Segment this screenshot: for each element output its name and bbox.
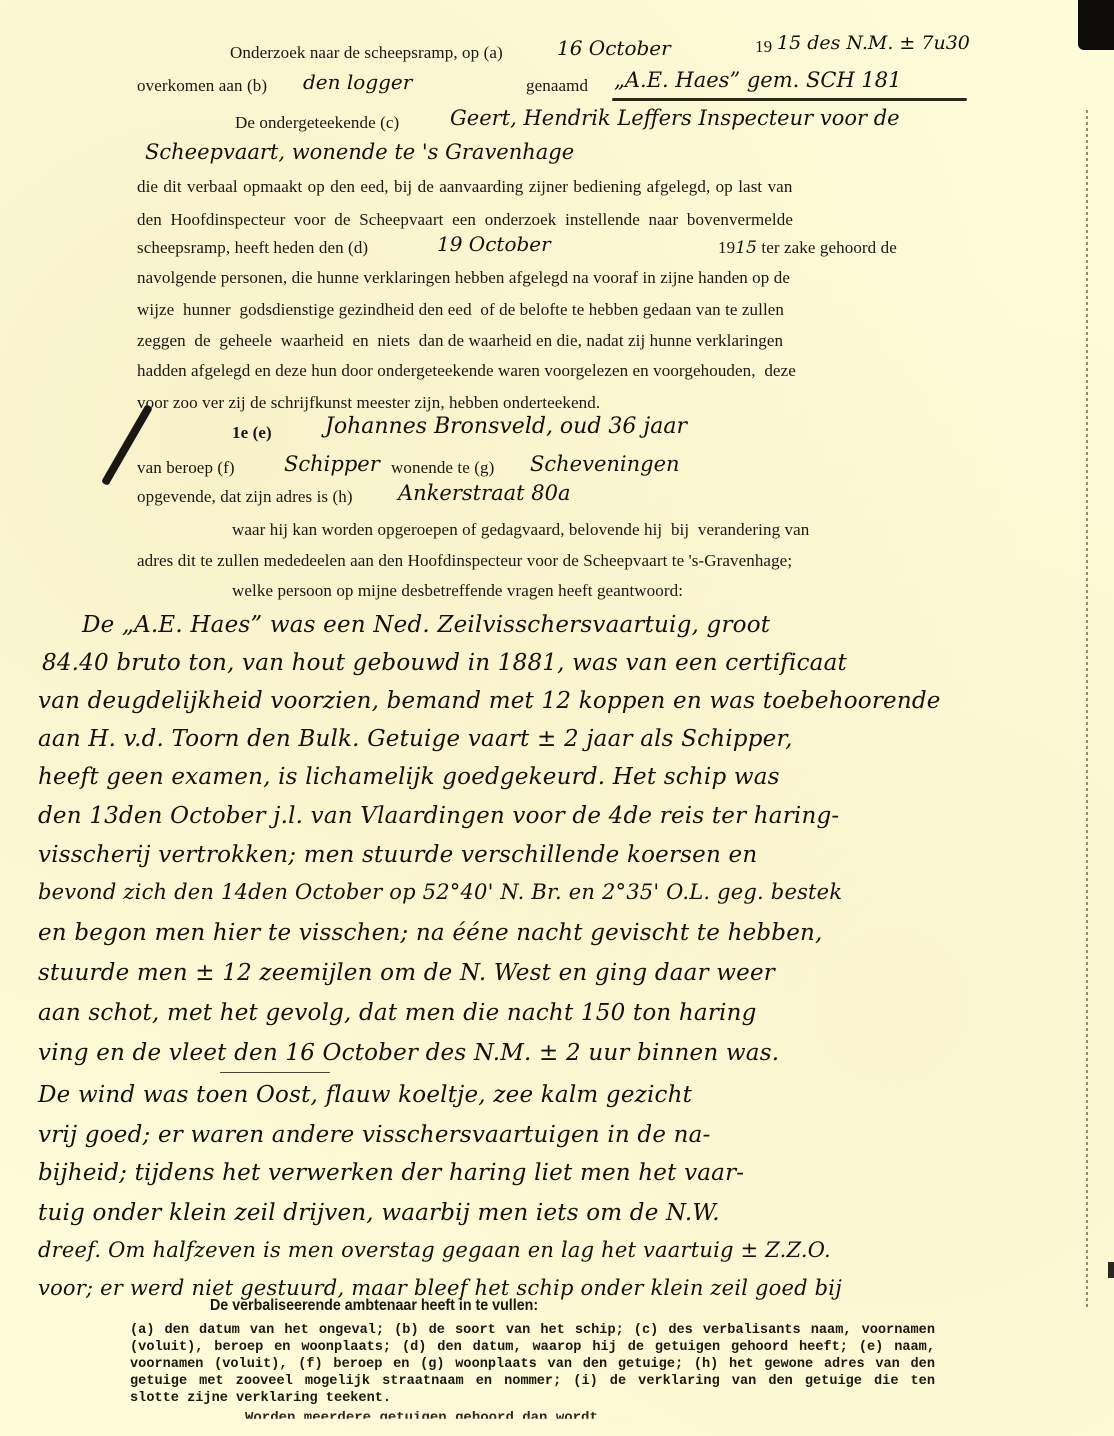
address-paragraph-line: welke persoon op mijne desbetreffende vr… <box>232 581 683 601</box>
oath-paragraph-line: zeggen de geheele waarheid en niets dan … <box>137 331 783 351</box>
ink-blot-corner <box>1078 0 1114 50</box>
statement-line: dreef. Om halfzeven is men overstag gega… <box>38 1238 831 1262</box>
inspector-name-line1: Geert, Hendrik Leffers Inspecteur voor d… <box>450 106 900 130</box>
statement-line: den 13den October j.l. van Vlaardingen v… <box>38 803 839 829</box>
incident-year-prefix: 19 <box>755 37 772 57</box>
date-underline <box>220 1072 330 1073</box>
statement-line: bevond zich den 14den October op 52°40' … <box>38 880 842 904</box>
witness-occupation: Schipper <box>284 452 380 476</box>
oath-paragraph-line: den Hoofdinspecteur voor de Scheepvaart … <box>137 210 793 230</box>
residence-label: wonende te (g) <box>391 458 494 478</box>
statement-line: tuig onder klein zeil drijven, waarbij m… <box>38 1200 720 1226</box>
statement-line: visscherij vertrokken; men stuurde versc… <box>38 842 757 868</box>
statement-line: 84.40 bruto ton, van hout gebouwd in 188… <box>42 650 847 676</box>
hearing-date: 19 October <box>437 232 551 256</box>
form-line-incident: Onderzoek naar de scheepsramp, op (a) <box>230 43 503 63</box>
statement-line: bijheid; tijdens het verwerken der harin… <box>38 1160 744 1186</box>
incident-date: 16 October <box>557 36 671 60</box>
statement-line: van deugdelijkheid voorzien, bemand met … <box>38 688 941 714</box>
undersigned-label: De ondergeteekende (c) <box>235 113 399 133</box>
witness-name: Johannes Bronsveld, oud 36 jaar <box>325 414 687 439</box>
footnote-tail: Worden meerdere getuigen gehoord dan wor… <box>245 1410 631 1426</box>
oath-paragraph-line: voor zoo ver zij de schrijfkunst meester… <box>137 393 600 413</box>
hearing-year: 1915 ter zake gehoord de <box>718 238 897 258</box>
witness-number-label: 1e (e) <box>232 423 272 443</box>
oath-paragraph-line: wijze hunner godsdienstige gezindheid de… <box>137 300 784 320</box>
vessel-label: overkomen aan (b) <box>137 76 267 96</box>
occupation-label: van beroep (f) <box>137 458 235 478</box>
witness-address: Ankerstraat 80a <box>398 481 571 505</box>
witness-residence: Scheveningen <box>530 452 680 476</box>
incident-year-and-time: 15 des N.M. ± 7u30 <box>777 32 970 54</box>
hearing-date-label: scheepsramp, heeft heden den (d) <box>137 238 368 258</box>
statement-line: aan H. v.d. Toorn den Bulk. Getuige vaar… <box>38 726 793 752</box>
footnote-instructions: (a) den datum van het ongeval; (b) de so… <box>130 1322 935 1407</box>
vessel-type: den logger <box>303 70 412 94</box>
page-edge-mark <box>1108 1262 1114 1278</box>
vessel-name-underline <box>612 98 967 101</box>
statement-line: en begon men hier te visschen; na ééne n… <box>38 920 823 946</box>
statement-line: aan schot, met het gevolg, dat men die n… <box>38 1000 757 1026</box>
address-paragraph-line: adres dit te zullen mededeelen aan den H… <box>137 551 792 571</box>
oath-paragraph-line: die dit verbaal opmaakt op den eed, bij … <box>137 177 792 197</box>
statement-line: vrij goed; er waren andere visschersvaar… <box>38 1122 711 1148</box>
oath-paragraph-line: hadden afgelegd en deze hun door onderge… <box>137 361 796 381</box>
statement-line: ving en de vleet den 16 October des N.M.… <box>38 1040 779 1066</box>
statement-line: De wind was toen Oost, flauw koeltje, ze… <box>38 1082 692 1108</box>
statement-line: stuurde men ± 12 zeemijlen om de N. West… <box>38 960 775 986</box>
statement-line: heeft geen examen, is lichamelijk goedge… <box>38 764 780 790</box>
named-label: genaamd <box>526 76 588 96</box>
vessel-name: „A.E. Haes” gem. SCH 181 <box>614 68 902 92</box>
footnote-heading: De verbaliseerende ambtenaar heeft in te… <box>210 1297 538 1315</box>
incident-label: Onderzoek naar de scheepsramp, op (a) <box>230 43 503 62</box>
address-paragraph-line: waar hij kan worden opgeroepen of gedagv… <box>232 520 809 540</box>
inspector-name-line2: Scheepvaart, wonende te 's Gravenhage <box>145 140 574 164</box>
address-label: opgevende, dat zijn adres is (h) <box>137 487 353 507</box>
page-edge-line <box>1086 110 1088 1310</box>
statement-line: De „A.E. Haes” was een Ned. Zeilvisscher… <box>82 612 770 638</box>
document-page: Onderzoek naar de scheepsramp, op (a) 16… <box>0 0 1114 1436</box>
oath-paragraph-line: navolgende personen, die hunne verklarin… <box>137 268 790 288</box>
